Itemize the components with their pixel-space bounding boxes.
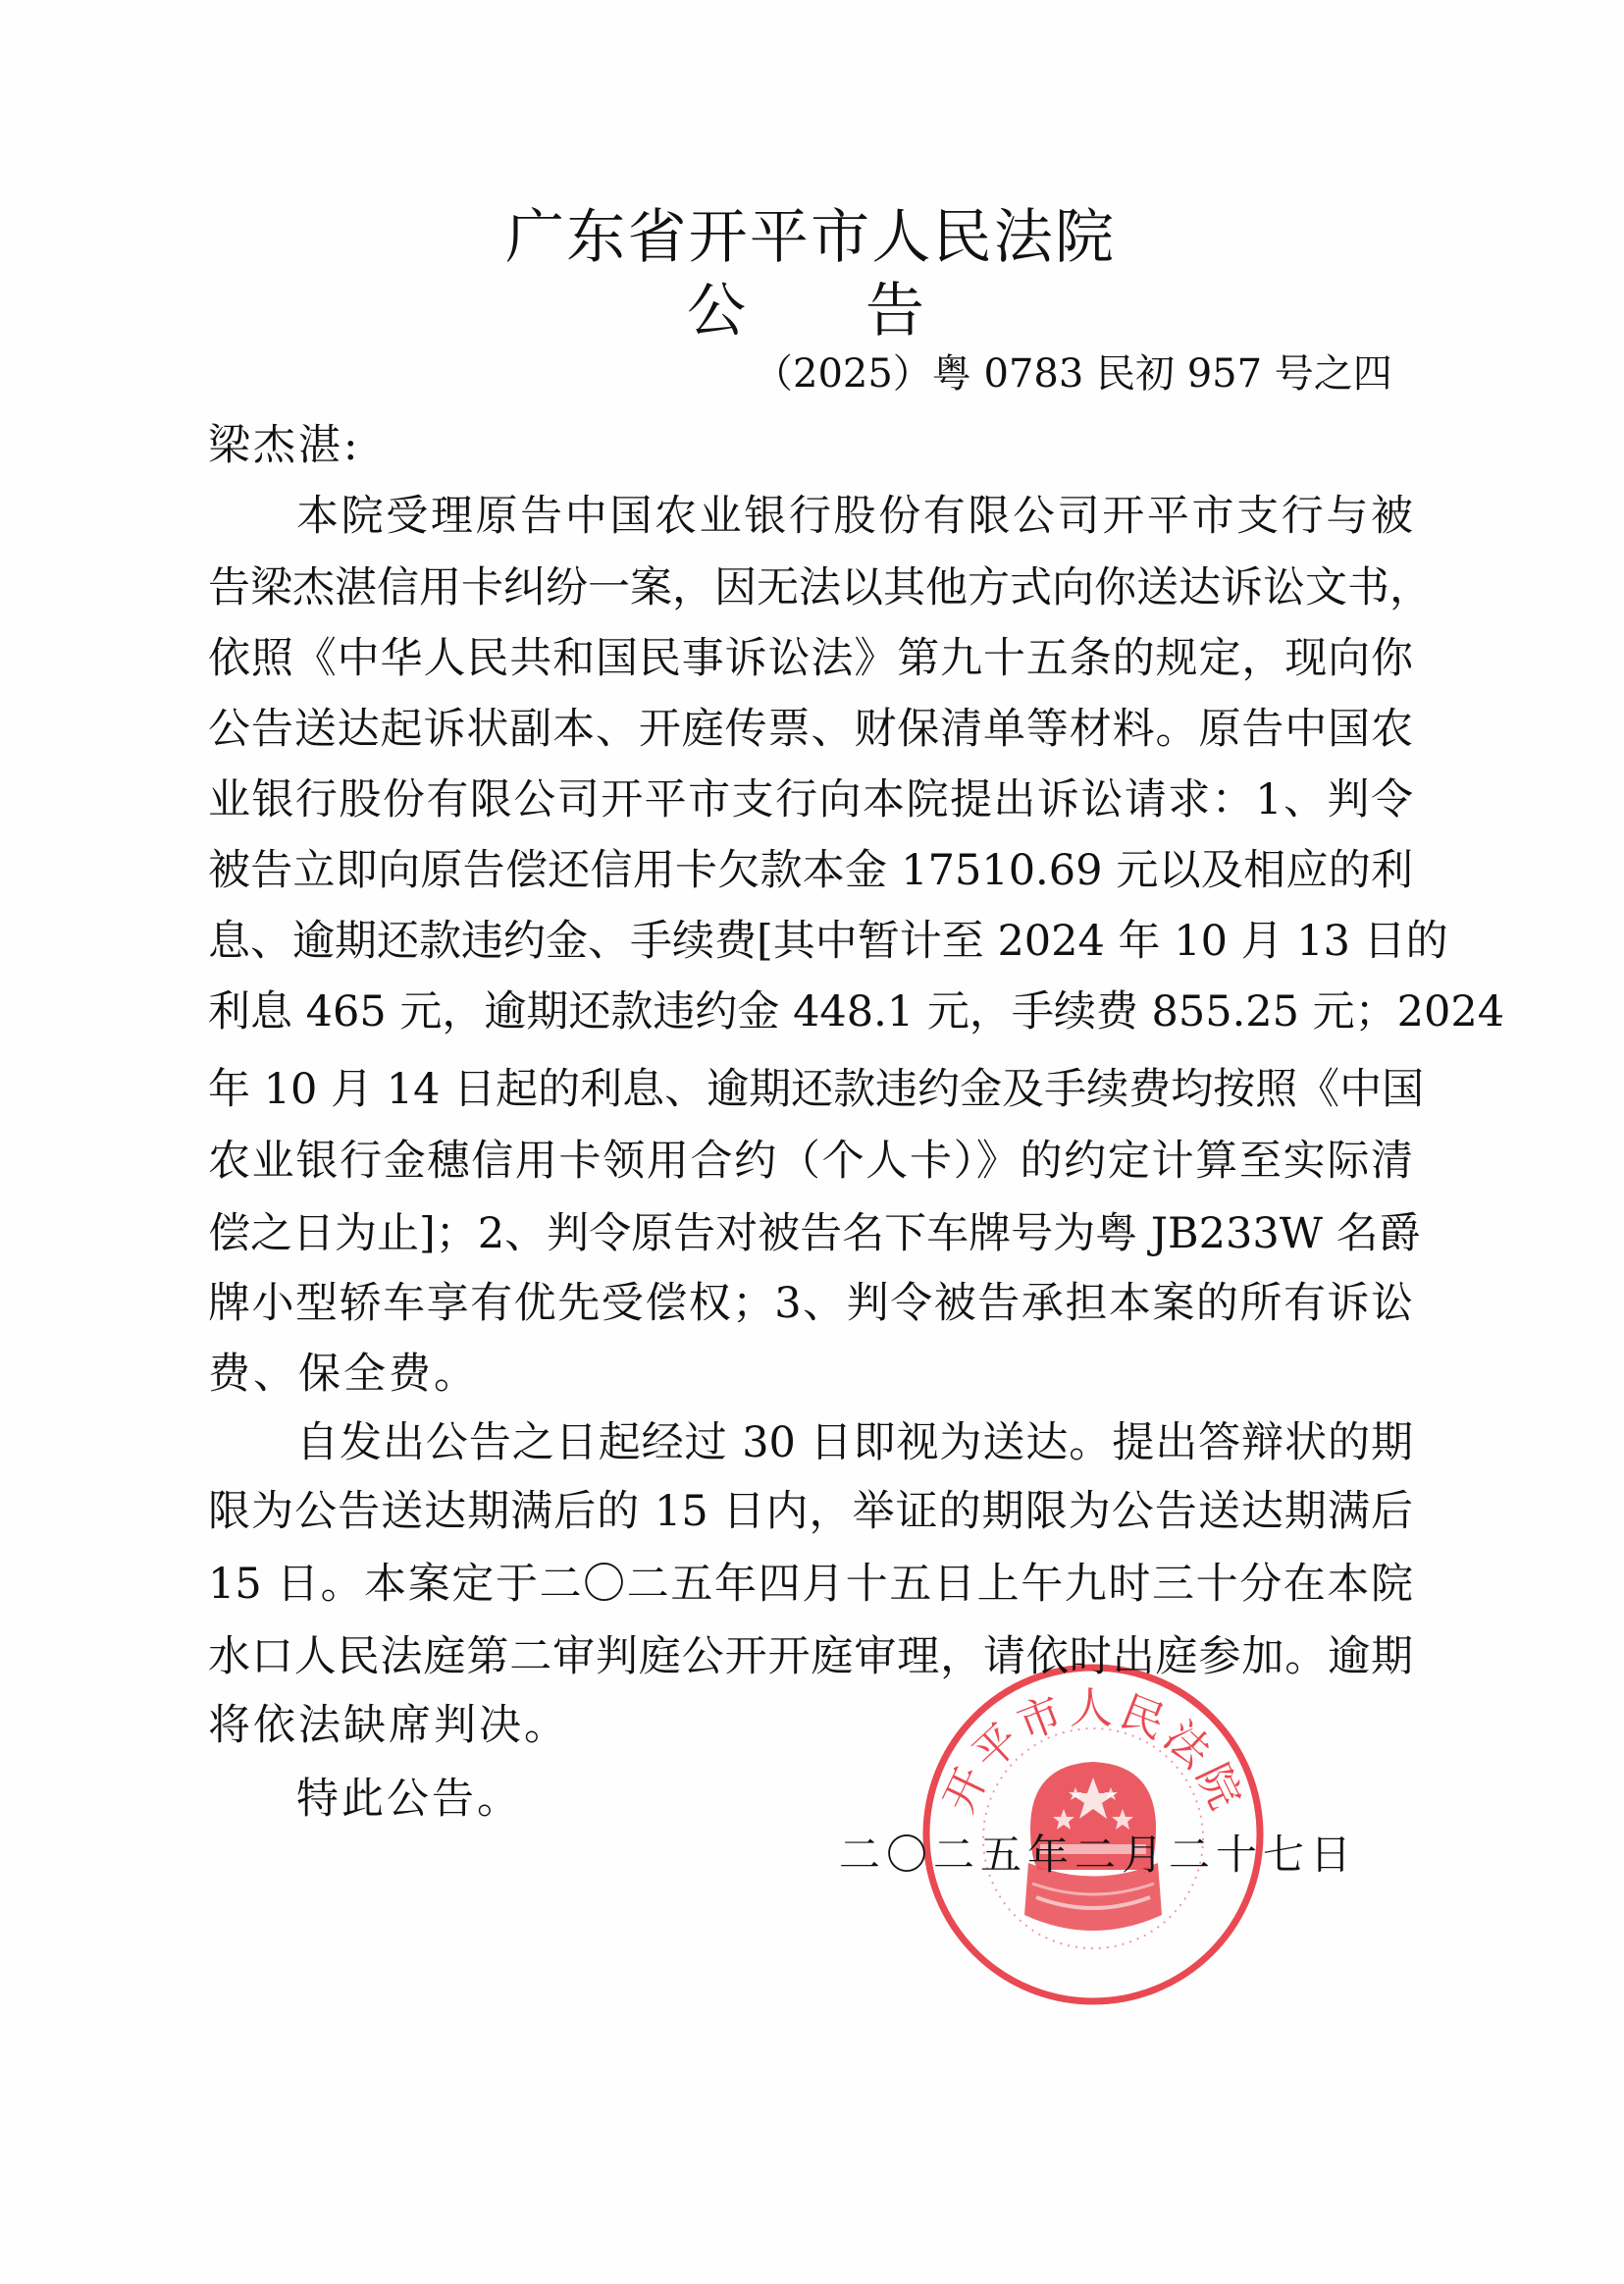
paragraph-1-line: 依照《中华人民共和国民事诉讼法》第九十五条的规定，现向你 [208,631,1413,686]
paragraph-1-line: 牌小型轿车享有优先受偿权；3、判令被告承担本案的所有诉讼 [208,1276,1413,1331]
paragraph-2-line: 限为公告送达期满后的 15 日内，举证的期限为公告送达期满后 [208,1484,1413,1539]
greeting-addressee: 梁杰湛: [208,418,361,473]
paragraph-1-line: 被告立即向原告偿还信用卡欠款本金 17510.69 元以及相应的利 [208,843,1413,898]
paragraph-1-line: 费、保全费。 [208,1347,479,1402]
paragraph-1-line: 偿之日为止]；2、判令原告对被告名下车牌号为粤 JB233W 名爵 [208,1206,1413,1261]
court-name-title: 广东省开平市人民法院 [505,202,1114,273]
paragraph-1-line: 本院受理原告中国农业银行股份有限公司开平市支行与被 [296,489,1413,544]
paragraph-1-line: 息、逾期还款违约金、手续费[其中暂计至 2024 年 10 月 13 日的 [208,914,1413,969]
paragraph-1-line: 业银行股份有限公司开平市支行向本院提出诉讼请求：1、判令 [208,772,1413,827]
notice-page: 广东省开平市人民法院 公 告 （2025）粤 0783 民初 957 号之四 梁… [0,0,1624,2284]
paragraph-2-line: 将依法缺席判决。 [208,1698,569,1753]
case-number: （2025）粤 0783 民初 957 号之四 [754,349,1366,398]
paragraph-2-line: 自发出公告之日起经过 30 日即视为送达。提出答辩状的期 [296,1415,1413,1470]
issue-date: 二〇二五年二月二十七日 [839,1828,1351,1883]
paragraph-2-line: 15 日。本案定于二〇二五年四月十五日上午九时三十分在本院 [208,1557,1413,1612]
doc-type-char-1: 公 [687,279,746,344]
paragraph-1-line: 农业银行金穗信用卡领用合约（个人卡）》的约定计算至实际清 [208,1134,1413,1189]
paragraph-1-line: 告梁杰湛信用卡纠纷一案，因无法以其他方式向你送达诉讼文书， [208,560,1413,615]
paragraph-1-line: 公告送达起诉状副本、开庭传票、财保清单等材料。原告中国农 [208,702,1413,757]
paragraph-1-line: 利息 465 元，逾期还款违约金 448.1 元，手续费 855.25 元；20… [208,984,1413,1039]
paragraph-1-line: 年 10 月 14 日起的利息、逾期还款违约金及手续费均按照《中国 [208,1062,1413,1117]
doc-type-char-2: 告 [865,279,924,344]
closing-statement: 特此公告。 [296,1772,522,1827]
